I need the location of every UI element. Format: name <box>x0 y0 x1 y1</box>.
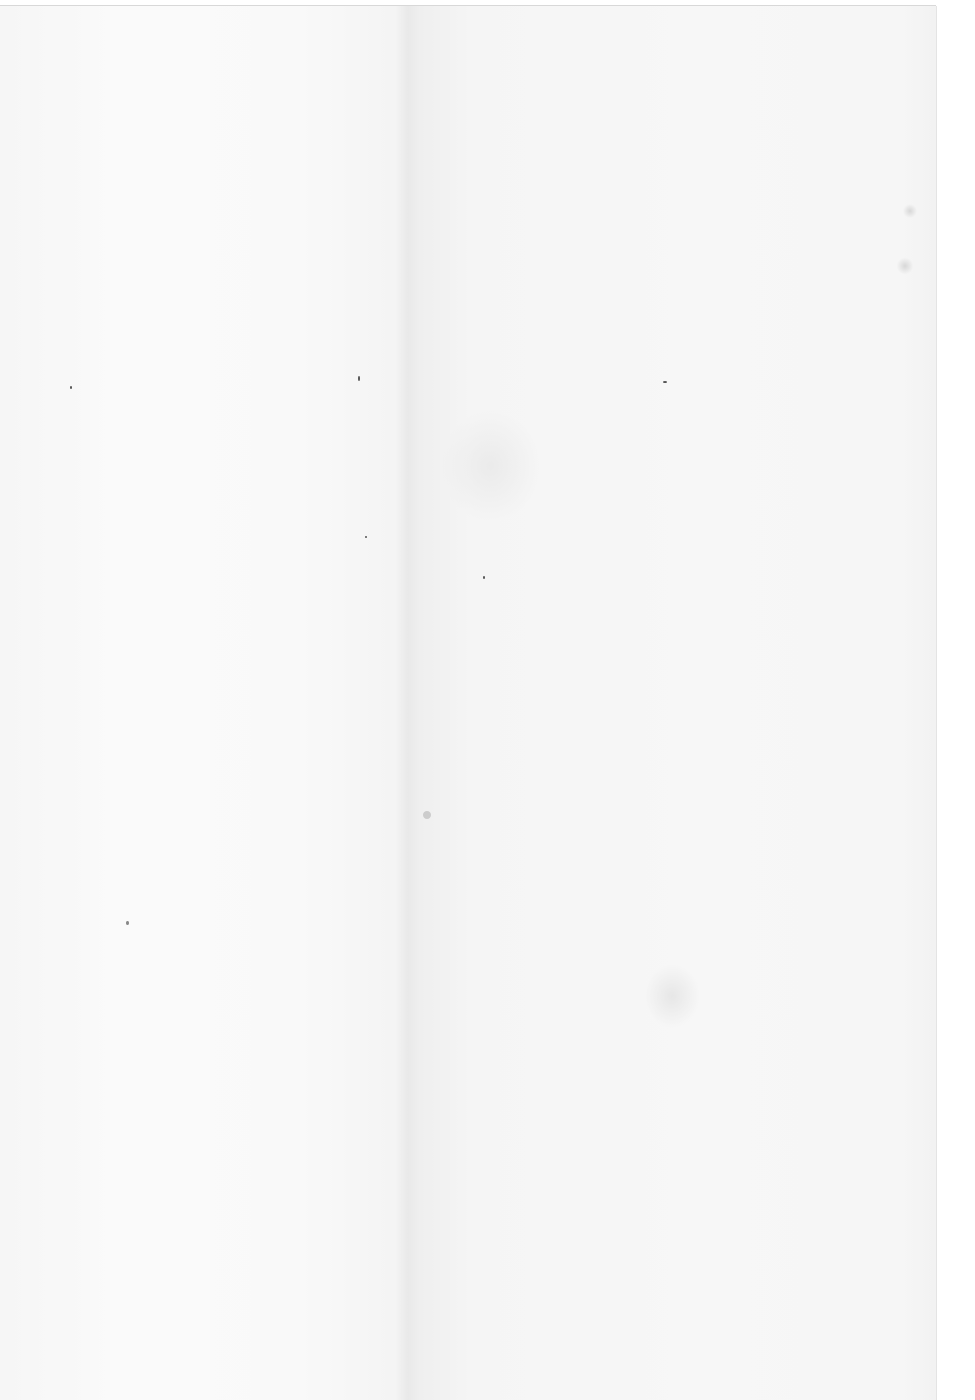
dust-speck <box>126 921 129 925</box>
dust-speck <box>423 811 431 819</box>
dust-speck <box>663 381 667 383</box>
dust-speck <box>70 386 72 389</box>
dust-speck <box>365 536 367 538</box>
dust-speck <box>483 576 485 579</box>
blank-scanned-page <box>0 5 936 1400</box>
dust-speck <box>358 376 360 381</box>
